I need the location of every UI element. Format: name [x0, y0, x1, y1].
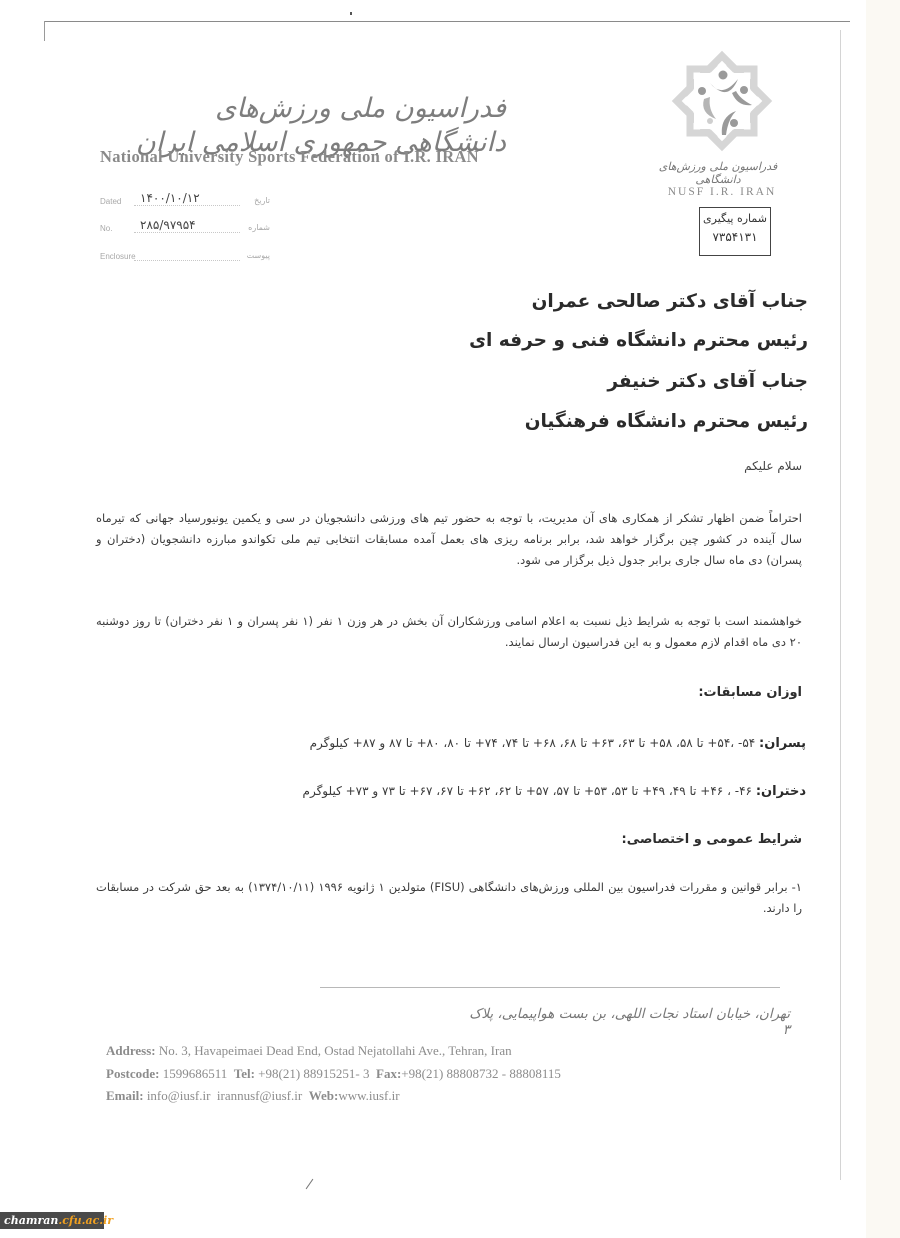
fax-label: Fax: [376, 1066, 401, 1081]
scan-edge-strip [866, 0, 900, 1238]
tracking-number: ۷۳۵۴۱۳۱ [700, 230, 770, 244]
meta-enclosure: Enclosure پیوست [100, 250, 270, 264]
footer-rule [320, 987, 780, 988]
girls-weights: ۴۶- ، ۴۶+ تا ۴۹، ۴۹+ تا ۵۳، ۵۳+ تا ۵۷، ۵… [303, 784, 752, 798]
postcode-label: Postcode: [106, 1066, 159, 1081]
federation-name-english: National University Sports Federation of… [100, 147, 479, 167]
dotted-leader [134, 260, 240, 261]
footer-contact-line: Postcode: 1599686511 Tel: +98(21) 889152… [106, 1066, 561, 1082]
boys-label: پسران: [759, 736, 806, 751]
top-border-rule [44, 21, 850, 22]
weights-girls: دختران: ۴۶- ، ۴۶+ تا ۴۹، ۴۹+ تا ۵۳، ۵۳+ … [246, 784, 806, 799]
watermark-suffix: .cfu.ac.ir [58, 1214, 113, 1227]
web-value: www.iusf.ir [338, 1088, 399, 1103]
logo-caption-english: NUSF I.R. IRAN [664, 186, 780, 198]
footer-address-line: Address: No. 3, Havapeimaei Dead End, Os… [106, 1043, 512, 1059]
addressee-line-3: جناب آقای دکتر خنیفر [308, 369, 808, 395]
fax-value: +98(21) 88808732 - 88808115 [401, 1066, 561, 1081]
web-label: Web: [309, 1088, 339, 1103]
dated-label-en: Dated [100, 197, 121, 206]
scan-artifact-line [840, 30, 841, 1180]
enclosure-label-fa: پیوست [247, 251, 270, 260]
footer-online-line: Email: info@iusf.ir irannusf@iusf.ir Web… [106, 1088, 400, 1104]
girls-label: دختران: [756, 784, 806, 799]
scan-mark [350, 12, 352, 15]
nusf-star-logo-icon [666, 45, 778, 157]
postcode-value: 1599686511 [159, 1066, 233, 1081]
enclosure-label-en: Enclosure [100, 252, 136, 261]
email-label: Email: [106, 1088, 144, 1103]
weights-heading: اوزان مسابقات: [698, 685, 802, 700]
greeting: سلام علیکم [744, 459, 802, 473]
paragraph-request: خواهشمند است با توجه به شرایط ذیل نسبت ب… [96, 611, 802, 653]
footer-address-persian: تهران، خیابان استاد نجات اللهی، بن بست ه… [460, 1006, 790, 1038]
conditions-heading: شرایط عمومی و اختصاصی: [622, 832, 802, 847]
logo-caption-persian: فدراسیون ملی ورزش‌های دانشگاهی [658, 160, 778, 186]
tracking-number-box: شماره پیگیری ۷۳۵۴۱۳۱ [699, 207, 771, 256]
address-label: Address: [106, 1043, 156, 1058]
email-value: info@iusf.ir irannusf@iusf.ir [144, 1088, 309, 1103]
number-value: ۲۸۵/۹۷۹۵۴ [140, 218, 196, 232]
dotted-leader [134, 232, 240, 233]
address-value: No. 3, Havapeimaei Dead End, Ostad Nejat… [156, 1043, 512, 1058]
tel-value: +98(21) 88915251- 3 [255, 1066, 376, 1081]
watermark-prefix: chamran [4, 1214, 58, 1227]
condition-item-1: ۱- برابر قوانین و مقررات فدراسیون بین ال… [96, 877, 802, 919]
pen-mark [306, 1179, 314, 1189]
addressee-line-2: رئیس محترم دانشگاه فنی و حرفه ای [308, 328, 808, 354]
dotted-leader [134, 205, 240, 206]
site-watermark: chamran.cfu.ac.ir [0, 1212, 104, 1229]
addressee-line-4: رئیس محترم دانشگاه فرهنگیان [308, 409, 808, 435]
number-label-fa: شماره [248, 223, 270, 232]
paragraph-intro: احتراماً ضمن اظهار تشکر از همکاری های آن… [96, 508, 802, 571]
meta-dated: Dated ۱۴۰۰/۱۰/۱۲ تاریخ [100, 195, 270, 209]
dated-label-fa: تاریخ [254, 196, 270, 205]
weights-boys: پسران: ۵۴- ،۵۴+ تا ۵۸، ۵۸+ تا ۶۳، ۶۳+ تا… [246, 736, 806, 751]
number-label-en: No. [100, 224, 112, 233]
dated-value: ۱۴۰۰/۱۰/۱۲ [140, 191, 200, 205]
top-left-border-tick [44, 21, 45, 41]
boys-weights: ۵۴- ،۵۴+ تا ۵۸، ۵۸+ تا ۶۳، ۶۳+ تا ۶۸، ۶۸… [310, 736, 756, 750]
tel-label: Tel: [234, 1066, 255, 1081]
addressee-line-1: جناب آقای دکتر صالحی عمران [308, 289, 808, 315]
tracking-label: شماره پیگیری [700, 212, 770, 225]
meta-number: No. ۲۸۵/۹۷۹۵۴ شماره [100, 222, 270, 236]
